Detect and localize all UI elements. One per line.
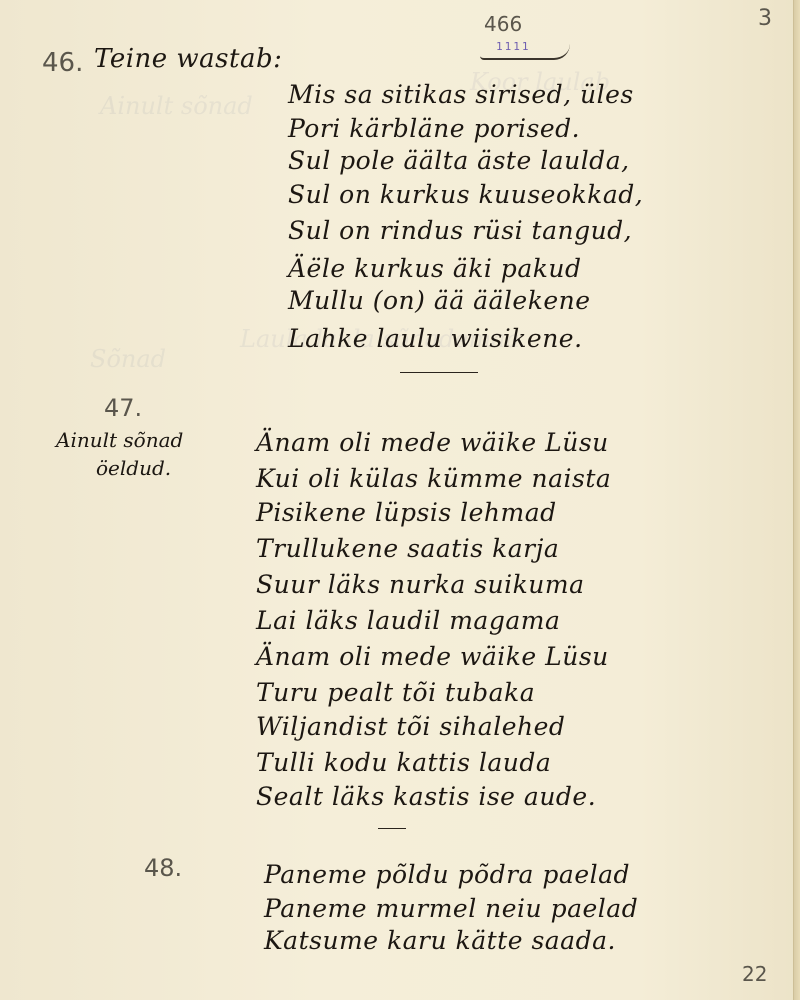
section-46-number: 46. xyxy=(42,48,83,78)
verse-line: Paneme põldu põdra paelad xyxy=(264,860,630,889)
section-48-number: 48. xyxy=(144,854,182,882)
verse-line: Kui oli külas kümme naista xyxy=(256,464,611,493)
verse-line: Paneme murmel neiu paelad xyxy=(264,894,638,923)
verse-line: Sul pole äälta äste laulda, xyxy=(288,146,630,175)
section-divider xyxy=(400,372,478,373)
folio-number: 22 xyxy=(742,962,767,986)
bleed-through-text: Sõnad xyxy=(90,345,166,373)
verse-line: Turu pealt tõi tubaka xyxy=(256,678,535,707)
verse-line: Suur läks nurka suikuma xyxy=(256,570,585,599)
verse-line: Pori kärbläne porised. xyxy=(288,114,580,143)
verse-line: Sul on rindus rüsi tangud, xyxy=(288,216,632,245)
archive-number: 466 xyxy=(484,12,522,36)
section-47-label: Ainult sõnad xyxy=(56,428,183,452)
verse-line: Katsume karu kätte saada. xyxy=(264,926,616,955)
page-edge xyxy=(793,0,800,1000)
verse-line: Wiljandist tõi sihalehed xyxy=(256,712,565,741)
manuscript-page: Koor laulab Ainult sõnad Sõnad Laula lau… xyxy=(0,0,800,1000)
verse-line: Trullukene saatis karja xyxy=(256,534,559,563)
page-number: 3 xyxy=(758,6,772,31)
section-47-label: öeldud. xyxy=(96,456,171,480)
verse-line: Änam oli mede wäike Lüsu xyxy=(256,428,609,457)
section-46-heading: Teine wastab: xyxy=(94,44,282,74)
bleed-through-text: Ainult sõnad xyxy=(100,92,253,120)
section-47-number: 47. xyxy=(104,394,142,422)
verse-line: Sul on kurkus kuuseokkad, xyxy=(288,180,643,209)
verse-line: Änam oli mede wäike Lüsu xyxy=(256,642,609,671)
verse-line: Tulli kodu kattis lauda xyxy=(256,748,551,777)
verse-line: Mis sa sitikas sirised, üles xyxy=(288,80,634,109)
section-divider xyxy=(378,828,406,829)
verse-line: Pisikene lüpsis lehmad xyxy=(256,498,557,527)
stamp-text: 1111 xyxy=(496,40,531,53)
verse-line: Sealt läks kastis ise aude. xyxy=(256,782,596,811)
verse-line: Lai läks laudil magama xyxy=(256,606,560,635)
verse-line: Mullu (on) ää äälekene xyxy=(288,286,591,315)
verse-line: Lahke laulu wiisikene. xyxy=(288,324,583,353)
verse-line: Äële kurkus äki pakud xyxy=(288,254,581,283)
